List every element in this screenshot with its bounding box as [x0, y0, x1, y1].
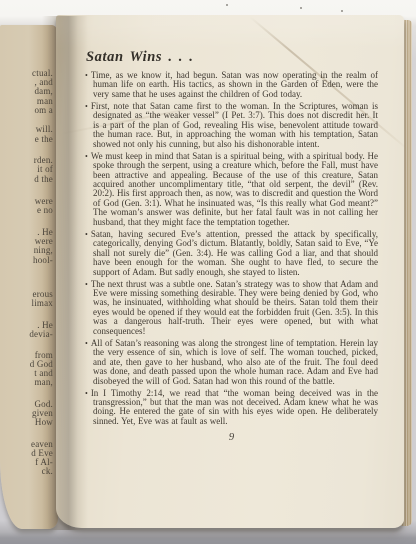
page-number: 9	[85, 432, 378, 443]
paragraph: •The next thrust was a subtle one. Satan…	[85, 280, 378, 337]
left-page-text-fragment: d the	[34, 175, 53, 184]
left-page-text-fragment: devia-	[29, 330, 53, 339]
left-page-text-fragment: limax	[32, 299, 54, 308]
paragraph-text: We must keep in mind that Satan is a spi…	[91, 151, 378, 227]
paragraph: •First, note that Satan came first to th…	[85, 102, 378, 149]
left-page-text-fragment: ck.	[42, 467, 53, 476]
previous-page-sliver: ctual., anddam,manom awill.e therden.it …	[0, 25, 58, 529]
left-page-text-fragment: How	[35, 418, 53, 427]
left-page-text-fragment: it of	[37, 165, 53, 174]
paragraph-text: The next thrust was a subtle one. Satan’…	[91, 279, 378, 336]
page-title: Satan Wins . . .	[86, 49, 378, 65]
dust-speck	[226, 4, 228, 6]
left-page-text-fragment: ning,	[34, 246, 53, 255]
left-page-text-fragment: hool-	[33, 256, 53, 265]
paragraph: •We must keep in mind that Satan is a sp…	[85, 152, 378, 228]
paragraph: •Time, as we know it, had begun. Satan w…	[85, 71, 378, 99]
left-page-text-fragment: man,	[34, 378, 53, 387]
book-photograph: ctual., anddam,manom awill.e therden.it …	[0, 0, 416, 544]
left-page-text-fragment: will.	[36, 125, 53, 134]
dust-speck	[341, 10, 343, 12]
paragraph-text: Time, as we know it, had begun. Satan wa…	[91, 70, 378, 99]
book-page: Satan Wins . . . •Time, as we know it, h…	[56, 15, 404, 528]
paragraph: •All of Satan’s reasoning was along the …	[85, 339, 378, 386]
left-page-text-fragment: dam,	[34, 87, 53, 96]
paragraph: •In I Timothy 2:14, we read that “the wo…	[85, 389, 378, 427]
dust-speck	[300, 7, 302, 9]
left-page-text-fragment: e no	[37, 206, 53, 215]
paragraph-text: In I Timothy 2:14, we read that “the wom…	[91, 388, 378, 426]
paragraph-text: Satan, having secured Eve’s attention, p…	[91, 229, 378, 277]
paragraph-text: First, note that Satan came first to the…	[91, 101, 378, 149]
left-page-text-fragment: e the	[35, 135, 53, 144]
page-content: Satan Wins . . . •Time, as we know it, h…	[85, 49, 378, 443]
paragraph: •Satan, having secured Eve’s attention, …	[85, 230, 378, 277]
paragraph-list: •Time, as we know it, had begun. Satan w…	[85, 71, 378, 426]
left-page-text-fragment: om a	[34, 106, 53, 115]
paragraph-text: All of Satan’s reasoning was along the s…	[91, 338, 378, 386]
